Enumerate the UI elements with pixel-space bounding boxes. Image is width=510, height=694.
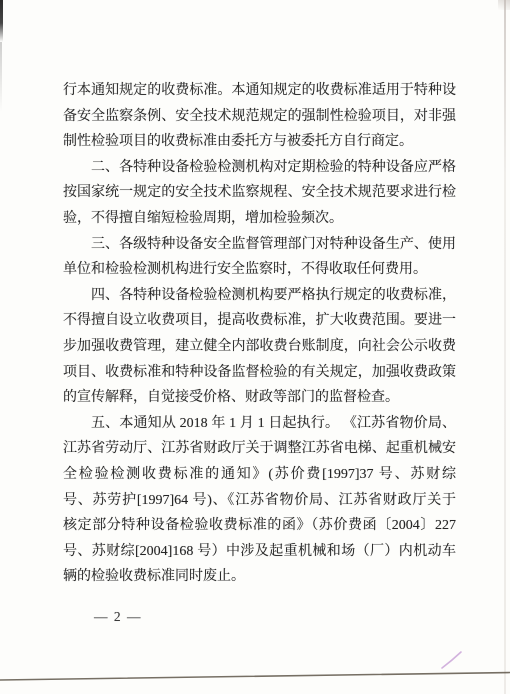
- text-line: 按国家统一规定的安全技术监察规程、安全技术规范要求进行检: [63, 180, 456, 206]
- pen-mark: [442, 652, 461, 668]
- scan-artifact-top-left: [0, 0, 3, 42]
- text-line: 项目、收费标准和特种设备监督检验的有关规定，加强收费政策: [63, 360, 456, 386]
- text-line: 步加强收费管理，建立健全内部收费台账制度，向社会公示收费: [63, 334, 456, 360]
- text-line: 验，不得擅自缩短检验周期，增加检验频次。: [63, 206, 456, 232]
- scan-artifact-top-right-corner: [498, 0, 510, 10]
- text-line: 号、苏劳护[1997]64 号)、《江苏省物价局、江苏省财政厅关于: [63, 488, 456, 514]
- text-line: 江苏省劳动厅、江苏省财政厅关于调整江苏省电梯、起重机械安: [63, 436, 456, 462]
- text-line: 单位和检验检测机构进行安全监察时，不得收取任何费用。: [63, 257, 456, 283]
- text-line: 行本通知规定的收费标准。本通知规定的收费标准适用于特种设: [63, 78, 456, 104]
- text-line: 四、各特种设备检验检测机构要严格执行规定的收费标准，: [63, 283, 456, 309]
- scan-artifact-right-edge: [504, 0, 506, 694]
- text-line: 核定部分特种设备检验收费标准的函》（苏价费函〔2004〕227: [63, 513, 456, 539]
- text-line: 三、各级特种设备安全监督管理部门对特种设备生产、使用: [63, 232, 456, 258]
- scanned-page: 行本通知规定的收费标准。本通知规定的收费标准适用于特种设备安全监察条例、安全技术…: [0, 0, 510, 694]
- text-line: 号、苏财综[2004]168 号）中涉及起重机械和场（厂）内机动车: [63, 539, 456, 565]
- text-line: 备安全监察条例、安全技术规范规定的强制性检验项目，对非强: [63, 104, 456, 130]
- text-line: 不得擅自设立收费项目，提高收费标准，扩大收费范围。要进一: [63, 308, 456, 334]
- text-line: 二、各特种设备检验检测机构对定期检验的特种设备应严格: [63, 155, 456, 181]
- text-line: 制性检验项目的收费标准由委托方与被委托方自行商定。: [63, 129, 456, 155]
- document-body: 行本通知规定的收费标准。本通知规定的收费标准适用于特种设备安全监察条例、安全技术…: [63, 78, 456, 590]
- text-line: 辆的检验收费标准同时废止。: [63, 564, 456, 590]
- scan-artifact-left-edge: [0, 42, 2, 112]
- text-line: 五、本通知从 2018 年 1 月 1 日起执行。 《江苏省物价局、: [63, 411, 456, 437]
- page-number: — 2 —: [94, 609, 142, 625]
- scan-bottom-line: [0, 673, 510, 681]
- text-line: 的宣传解释，自觉接受价格、财政等部门的监督检查。: [63, 385, 456, 411]
- text-line: 全检验检测收费标准的通知》(苏价费[1997]37 号、苏财综[1997]4: [63, 462, 456, 488]
